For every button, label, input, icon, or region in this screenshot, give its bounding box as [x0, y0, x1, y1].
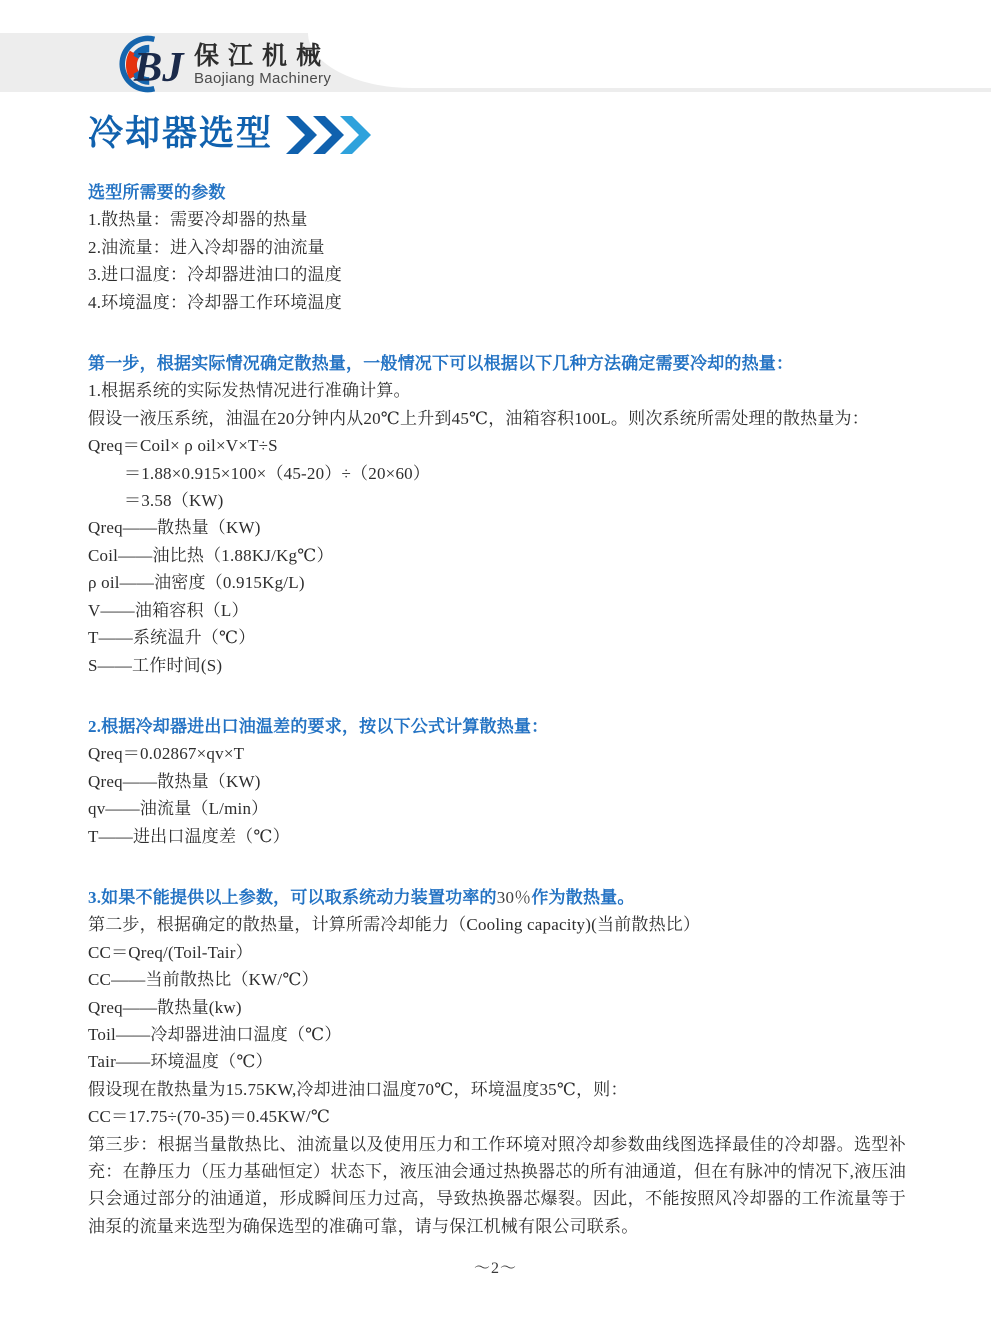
text-line: 1.散热量：需要冷却器的热量: [88, 206, 906, 233]
text-line: V——油箱容积（L）: [88, 597, 906, 624]
text-line: Qreq——散热量(kw): [88, 994, 906, 1021]
text-line: Qreq＝Coil× ρ oil×V×T÷S: [88, 432, 906, 459]
text-line: 假设现在散热量为15.75KW,冷却进油口温度70℃，环境温度35℃，则：: [88, 1076, 906, 1103]
text-line: S——工作时间(S): [88, 652, 906, 679]
section-heading: 3.如果不能提供以上参数，可以取系统动力装置功率的30％作为散热量。: [88, 884, 906, 911]
text-line: 第三步：根据当量散热比、油流量以及使用压力和工作环境对照冷却参数曲线图选择最佳的…: [88, 1131, 906, 1241]
text-line: 假设一液压系统，油温在20分钟内从20℃上升到45℃，油箱容积100L。则次系统…: [88, 405, 906, 432]
text-line: 3.进口温度：冷却器进油口的温度: [88, 261, 906, 288]
page-footer: ～2～: [0, 1255, 991, 1278]
text-line: ρ oil——油密度（0.915Kg/L): [88, 569, 906, 596]
text-line: Tair——环境温度（℃）: [88, 1048, 906, 1075]
text-line: T——进出口温度差（℃）: [88, 823, 906, 850]
document-content: 选型所需要的参数1.散热量：需要冷却器的热量2.油流量：进入冷却器的油流量3.进…: [88, 179, 906, 1240]
text-line: ＝3.58（KW): [88, 487, 906, 514]
text-line: CC＝17.75÷(70-35)＝0.45KW/℃: [88, 1103, 906, 1130]
text-line: CC——当前散热比（KW/℃）: [88, 966, 906, 993]
text-line: Qreq——散热量（KW): [88, 768, 906, 795]
triple-chevron-icon: [286, 116, 372, 154]
page-title: 冷却器选型: [88, 112, 273, 156]
svg-text:BJ: BJ: [133, 44, 185, 91]
text-line: 1.根据系统的实际发热情况进行准确计算。: [88, 377, 906, 404]
text-line: ＝1.88×0.915×100×（45-20）÷（20×60）: [88, 460, 906, 487]
logo-text: 保江机械 Baojiang Machinery: [194, 42, 331, 87]
page-number: ～2～: [474, 1260, 517, 1277]
text-line: Qreq＝0.02867×qv×T: [88, 740, 906, 767]
company-logo: BJ 保江机械 Baojiang Machinery: [93, 35, 331, 93]
section-heading: 第一步，根据实际情况确定散热量，一般情况下可以根据以下几种方法确定需要冷却的热量…: [88, 350, 906, 377]
text-line: CC＝Qreq/(Toil-Tair）: [88, 939, 906, 966]
section-heading: 2.根据冷却器进出口油温差的要求，按以下公式计算散热量：: [88, 713, 906, 740]
text-line: 2.油流量：进入冷却器的油流量: [88, 234, 906, 261]
text-line: Qreq——散热量（KW): [88, 514, 906, 541]
text-line: 4.环境温度：冷却器工作环境温度: [88, 289, 906, 316]
text-segment: 30％: [497, 888, 532, 907]
title-row: 冷却器选型: [88, 112, 372, 156]
text-line: Coil——油比热（1.88KJ/Kg℃）: [88, 542, 906, 569]
document-page: BJ 保江机械 Baojiang Machinery 冷却器选型 选型所需要的参…: [0, 0, 991, 1320]
section-heading: 选型所需要的参数: [88, 179, 906, 206]
header-band: BJ 保江机械 Baojiang Machinery: [0, 33, 991, 92]
text-line: T——系统温升（℃）: [88, 624, 906, 651]
text-segment: 作为散热量。: [531, 888, 634, 907]
logo-mark-icon: BJ: [93, 35, 185, 93]
company-name-en: Baojiang Machinery: [194, 70, 331, 87]
text-line: 第二步，根据确定的散热量，计算所需冷却能力（Cooling capacity)(…: [88, 911, 906, 938]
company-name-cn: 保江机械: [194, 42, 331, 70]
text-line: qv——油流量（L/min）: [88, 795, 906, 822]
header-band-swoosh: [308, 33, 991, 88]
text-segment: 3.如果不能提供以上参数，可以取系统动力装置功率的: [88, 888, 497, 907]
text-line: Toil——冷却器进油口温度（℃）: [88, 1021, 906, 1048]
